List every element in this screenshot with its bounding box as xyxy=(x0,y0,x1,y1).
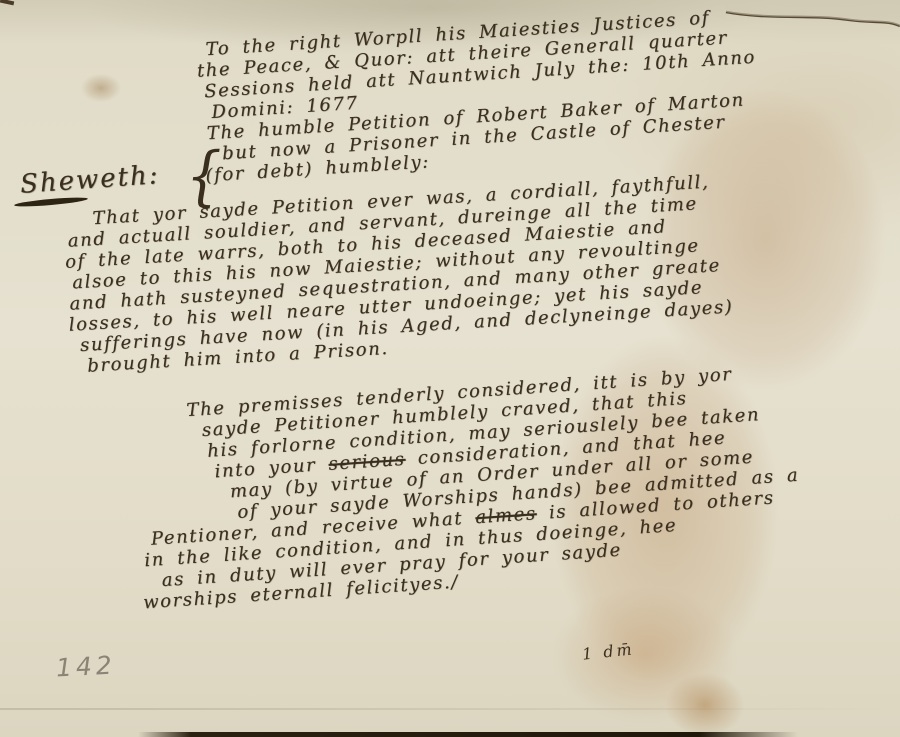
petition-paragraph-2: The premisses tenderly considered, itt i… xyxy=(128,360,805,614)
pencil-folio-number: 142 xyxy=(55,650,116,682)
petition-paragraph-1: That yor sayde Petition ever was, a cord… xyxy=(62,171,735,378)
petition-heading: To the right Worpll his Maiesties Justic… xyxy=(193,5,762,187)
ink-docket-mark: 1 dm̄ xyxy=(581,639,635,663)
paper-bottom-edge-shadow xyxy=(138,732,798,737)
margin-sheweth: Sheweth: xyxy=(19,160,160,200)
manuscript-page: To the right Worpll his Maiesties Justic… xyxy=(0,0,900,737)
top-left-corner-mark xyxy=(0,0,14,5)
fold-crease xyxy=(0,708,900,710)
